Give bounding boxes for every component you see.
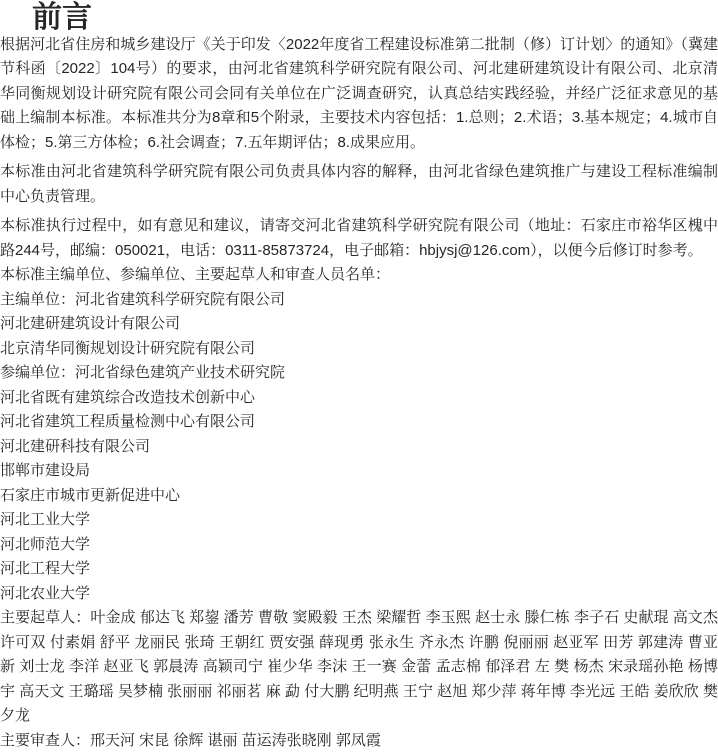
participating-unit-line: 河北农业大学 <box>0 582 718 607</box>
chief-editor-unit-line: 河北建研建筑设计有限公司 <box>0 312 718 337</box>
participating-unit-line: 河北工业大学 <box>0 508 718 533</box>
chief-editor-unit-line: 北京清华同衡规划设计研究院有限公司 <box>0 337 718 362</box>
chief-editor-unit-line: 主编单位：河北省建筑科学研究院有限公司 <box>0 288 718 313</box>
preface-heading: 前言 <box>0 6 718 31</box>
paragraph-responsibility: 本标准由河北省建筑科学研究院有限公司负责具体内容的解释，由河北省绿色建筑推广与建… <box>0 160 718 209</box>
participating-unit-line: 河北省既有建筑综合改造技术创新中心 <box>0 386 718 411</box>
participating-unit-line: 河北建研科技有限公司 <box>0 435 718 460</box>
participating-unit-line: 石家庄市城市更新促进中心 <box>0 484 718 509</box>
participating-unit-line: 邯郸市建设局 <box>0 459 718 484</box>
participating-unit-line: 河北工程大学 <box>0 557 718 582</box>
drafters-line: 主要起草人：叶金成 郁达飞 郑鋆 潘芳 曹敬 窦殿毅 王杰 梁耀哲 李玉熙 赵士… <box>0 606 718 729</box>
participating-unit-line: 参编单位：河北省绿色建筑产业技术研究院 <box>0 361 718 386</box>
paragraph-feedback: 本标准执行过程中，如有意见和建议，请寄交河北省建筑科学研究院有限公司（地址：石家… <box>0 214 718 263</box>
reviewers-line: 主要审查人：邢天河 宋昆 徐辉 谌丽 苗运涛张晓刚 郭凤霞 <box>0 729 718 753</box>
paragraph-name-list-intro: 本标准主编单位、参编单位、主要起草人和审查人员名单： <box>0 263 718 288</box>
participating-unit-line: 河北省建筑工程质量检测中心有限公司 <box>0 410 718 435</box>
participating-unit-line: 河北师范大学 <box>0 533 718 558</box>
paragraph-intro: 根据河北省住房和城乡建设厅《关于印发〈2022年度省工程建设标准第二批制（修）订… <box>0 33 718 156</box>
preface-page: 前言 根据河北省住房和城乡建设厅《关于印发〈2022年度省工程建设标准第二批制（… <box>0 0 718 753</box>
